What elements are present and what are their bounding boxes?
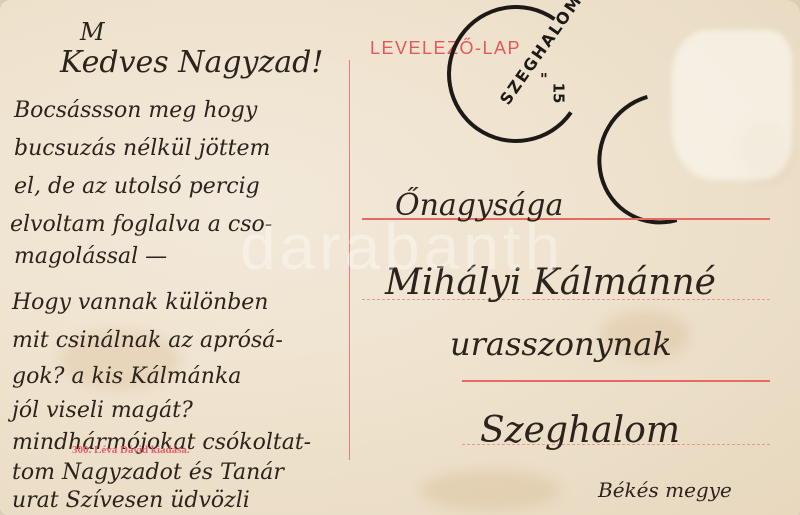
address-line-town: Szeghalom [480, 410, 680, 451]
address-rule [462, 380, 770, 382]
message-line: Bocsássson meg hogy [14, 98, 257, 123]
age-stain [420, 470, 560, 510]
salutation-prefix: M [80, 18, 105, 46]
message-line: mit csinálnak az aprósá- [12, 328, 283, 353]
postmark-date: 15 [549, 83, 567, 104]
message-line: jól viseli magát? [12, 398, 193, 423]
message-line: magolással — [14, 244, 167, 269]
postmark-mark: " [540, 70, 548, 88]
message-line: urat Szívesen üdvözli [12, 488, 250, 513]
address-line-county: Békés megye [598, 478, 732, 502]
message-line: gok? a kis Kálmánka [12, 364, 241, 389]
message-line: el, de az utolsó percig [14, 174, 260, 199]
message-line: tom Nagyzadot és Tanár [12, 460, 284, 485]
postcard: LEVELEZŐ-LAP SZEGHALOM 15 " Őnagysága Mi… [0, 0, 800, 515]
watermark-text: darabanth [240, 210, 564, 284]
address-line-title: urasszonynak [450, 325, 672, 363]
message-line: Hogy vannak különben [12, 290, 268, 315]
message-line: bucsuzás nélkül jöttem [14, 136, 270, 161]
message-line: Kedves Nagyzad! [60, 45, 323, 80]
message-line: elvoltam foglalva a cso- [10, 212, 272, 237]
publisher-imprint: 300. Léva Dávid kiadása. [72, 444, 190, 456]
